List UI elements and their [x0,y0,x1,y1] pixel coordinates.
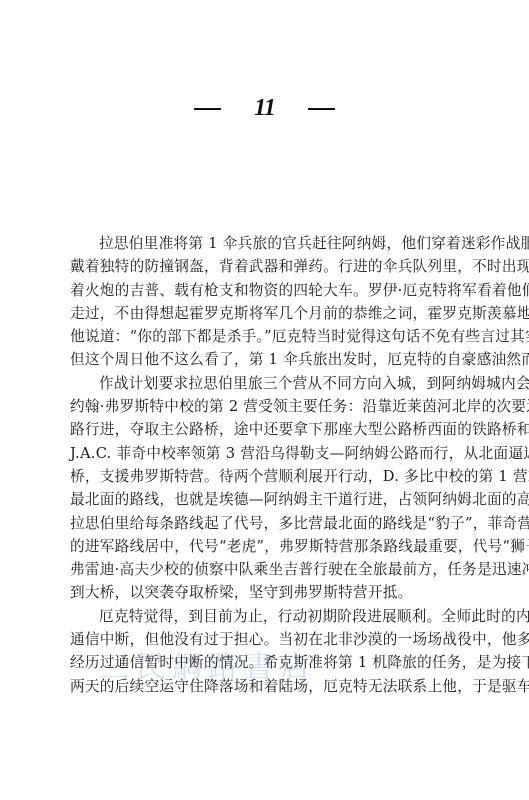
text-line: 走过，不由得想起霍罗克斯将军几个月前的恭维之词，霍罗克斯羡慕地对 [70,302,504,325]
text-line: 厄克特觉得，到目前为止，行动初期阶段进展顺利。全师此时的内部 [70,605,504,628]
text-line: 约翰·弗罗斯特中校的第 2 营受领主要任务：沿靠近莱茵河北岸的次要道 [70,395,504,418]
paragraph-2: 作战计划要求拉思伯里旅三个营从不同方向入城，到阿纳姆城内会合。 约翰·弗罗斯特中… [70,372,504,605]
text-line: 两天的后续空运守住降落场和着陆场，厄克特无法联系上他，于是驱车赶 [70,675,504,698]
paragraph-1: 拉思伯里准将第 1 伞兵旅的官兵赶往阿纳姆，他们穿着迷彩作战服， 戴着独特的防撞… [70,232,504,372]
chapter-body: 拉思伯里准将第 1 伞兵旅的官兵赶往阿纳姆，他们穿着迷彩作战服， 戴着独特的防撞… [70,232,504,698]
text-line: 拉思伯里给每条路线起了代号，多比营最北面的路线是“豹子”，菲奇营 [70,512,504,535]
chapter-number: 11 [254,95,275,121]
paragraph-3: 厄克特觉得，到目前为止，行动初期阶段进展顺利。全师此时的内部 通信中断，但他没有… [70,605,504,698]
text-line: 着火炮的吉普、载有枪支和物资的四轮大车。罗伊·厄克特将军看着他们 [70,279,504,302]
text-line: 路行进，夺取主公路桥，途中还要拿下那座大型公路桥西面的铁路桥和浮桥。 [70,418,504,441]
text-line: 通信中断，但他没有过于担心。当初在北非沙漠的一场场战役中，他多次 [70,628,504,651]
text-line: J.A.C. 菲奇中校率领第 3 营沿乌得勒支—阿纳姆公路而行，从北面逼近大 [70,442,504,465]
text-line: 最北面的路线，也就是埃德—阿纳姆主干道行进，占领阿纳姆北面的高地。 [70,488,504,511]
text-line: 拉思伯里准将第 1 伞兵旅的官兵赶往阿纳姆，他们穿着迷彩作战服， [70,232,504,255]
text-line: 弗雷迪·高夫少校的侦察中队乘坐吉普行驶在全旅最前方，任务是迅速冲 [70,558,504,581]
text-line: 桥，支援弗罗斯特营。待两个营顺利展开行动，D. 多比中校的第 1 营就沿 [70,465,504,488]
text-line: 经历过通信暂时中断的情况。希克斯准将第 1 机降旅的任务，是为接下来 [70,651,504,674]
heading-dash-left [194,108,221,110]
heading-dash-right [308,108,335,110]
chapter-heading: 11 [0,95,529,125]
text-line: 到大桥，以突袭夺取桥梁，坚守到弗罗斯特营开抵。 [70,581,504,604]
text-line: 但这个周日他不这么看了，第 1 伞兵旅出发时，厄克特的自豪感油然而起。 [70,348,504,371]
text-line: 作战计划要求拉思伯里旅三个营从不同方向入城，到阿纳姆城内会合。 [70,372,504,395]
text-line: 的进军路线居中，代号“老虎”，弗罗斯特营那条路线最重要，代号“狮子”。 [70,535,504,558]
text-line: 他说道：“你的部下都是杀手。”厄克特当时觉得这句话不免有些言过其实， [70,325,504,348]
text-line: 戴着独特的防撞钢盔，背着武器和弹药。行进的伞兵队列里，不时出现拖 [70,255,504,278]
